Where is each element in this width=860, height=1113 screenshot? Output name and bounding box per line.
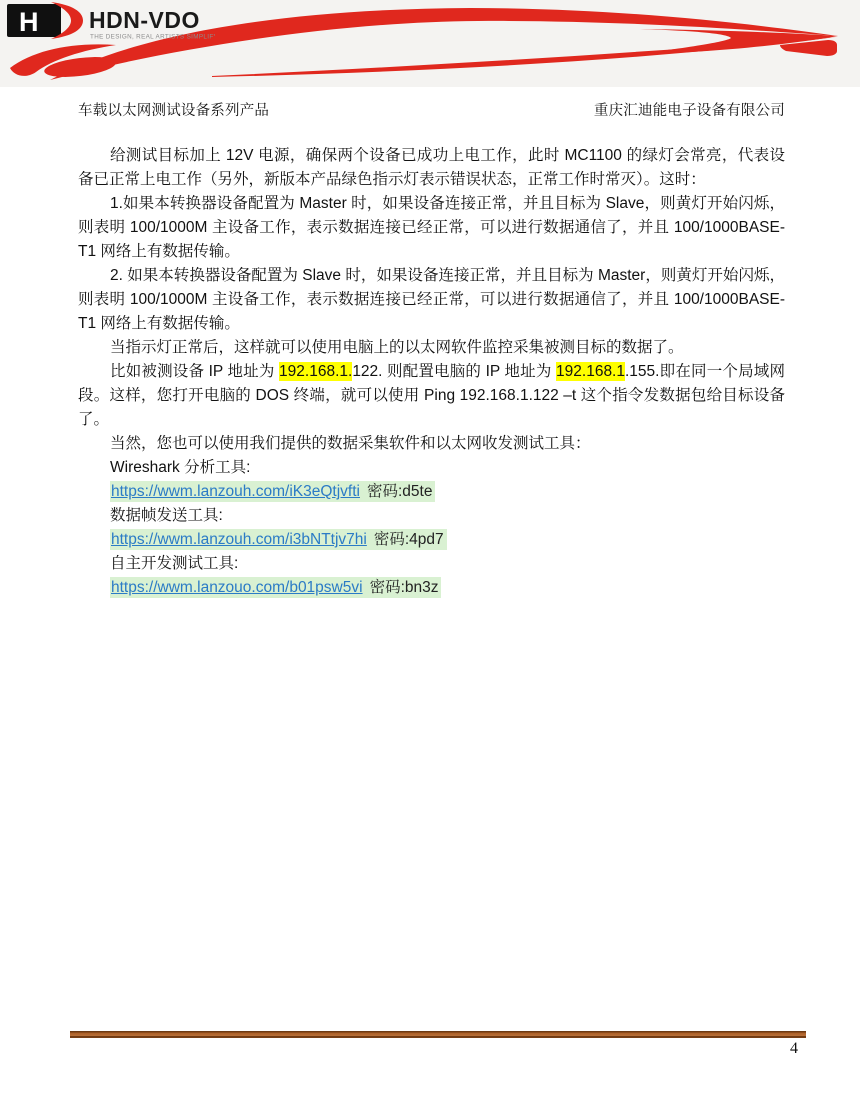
- running-header: 车载以太网测试设备系列产品 重庆汇迪能电子设备有限公司: [78, 99, 785, 120]
- footer-rule: [70, 1031, 806, 1038]
- tool-label-wireshark: Wireshark 分析工具:: [78, 456, 785, 480]
- text-segment: 122. 则配置电脑的 IP 地址为: [352, 363, 556, 380]
- download-link-wireshark[interactable]: https://wwm.lanzouh.com/iK3eQtjvfti: [111, 483, 360, 500]
- document-page: H HDN-VDO THE DESIGN, REAL ARTISTS SIMPL…: [0, 0, 860, 1113]
- masthead: H HDN-VDO THE DESIGN, REAL ARTISTS SIMPL…: [0, 0, 860, 87]
- tool-link-line-wireshark: https://wwm.lanzouh.com/iK3eQtjvfti密码:d5…: [78, 480, 785, 504]
- page-number: 4: [70, 1040, 806, 1058]
- download-link-self-developed[interactable]: https://wwm.lanzouo.com/b01psw5vi: [111, 579, 363, 596]
- tool-link-line-frame-sender: https://wwm.lanzouh.com/i3bNTtjv7hi密码:4p…: [78, 528, 785, 552]
- link-highlight: https://wwm.lanzouh.com/iK3eQtjvfti密码:d5…: [110, 481, 435, 502]
- paragraph-power-on: 给测试目标加上 12V 电源，确保两个设备已成功上电工作，此时 MC1100 的…: [78, 144, 785, 192]
- header-series-title: 车载以太网测试设备系列产品: [78, 99, 269, 120]
- document-body: 给测试目标加上 12V 电源，确保两个设备已成功上电工作，此时 MC1100 的…: [78, 144, 785, 600]
- download-link-frame-sender[interactable]: https://wwm.lanzouh.com/i3bNTtjv7hi: [111, 531, 367, 548]
- ip-highlight-2: 192.168.1: [556, 362, 625, 381]
- paragraph-led-ok: 当指示灯正常后，这样就可以使用电脑上的以太网软件监控采集被测目标的数据了。: [78, 336, 785, 360]
- password-text-wireshark: 密码:d5te: [367, 483, 432, 500]
- link-highlight: https://wwm.lanzouh.com/i3bNTtjv7hi密码:4p…: [110, 529, 447, 550]
- company-logo-graphic: H HDN-VDO THE DESIGN, REAL ARTISTS SIMPL…: [5, 1, 215, 43]
- company-logo: H HDN-VDO THE DESIGN, REAL ARTISTS SIMPL…: [5, 1, 215, 43]
- tool-label-frame-sender: 数据帧发送工具:: [78, 504, 785, 528]
- paragraph-slave-mode: 2. 如果本转换器设备配置为 Slave 时，如果设备连接正常，并且目标为 Ma…: [78, 264, 785, 336]
- paragraph-ip-example: 比如被测设备 IP 地址为 192.168.1.122. 则配置电脑的 IP 地…: [78, 360, 785, 432]
- tool-link-line-self-developed: https://wwm.lanzouo.com/b01psw5vi密码:bn3z: [78, 576, 785, 600]
- link-highlight: https://wwm.lanzouo.com/b01psw5vi密码:bn3z: [110, 577, 441, 598]
- paragraph-tools-intro: 当然，您也可以使用我们提供的数据采集软件和以太网收发测试工具：: [78, 432, 785, 456]
- logo-mark-letter: H: [19, 7, 39, 37]
- logo-tagline-text: THE DESIGN, REAL ARTISTS SIMPLIFY: [90, 34, 215, 41]
- text-segment: 比如被测设备 IP 地址为: [110, 363, 279, 380]
- ip-highlight-1: 192.168.1.: [279, 362, 352, 381]
- header-company-name: 重庆汇迪能电子设备有限公司: [594, 99, 785, 120]
- password-text-frame-sender: 密码:4pd7: [374, 531, 444, 548]
- logo-name-text: HDN-VDO: [89, 7, 200, 33]
- tool-label-self-developed: 自主开发测试工具:: [78, 552, 785, 576]
- paragraph-master-mode: 1.如果本转换器设备配置为 Master 时，如果设备连接正常，并且目标为 Sl…: [78, 192, 785, 264]
- password-text-self-developed: 密码:bn3z: [370, 579, 439, 596]
